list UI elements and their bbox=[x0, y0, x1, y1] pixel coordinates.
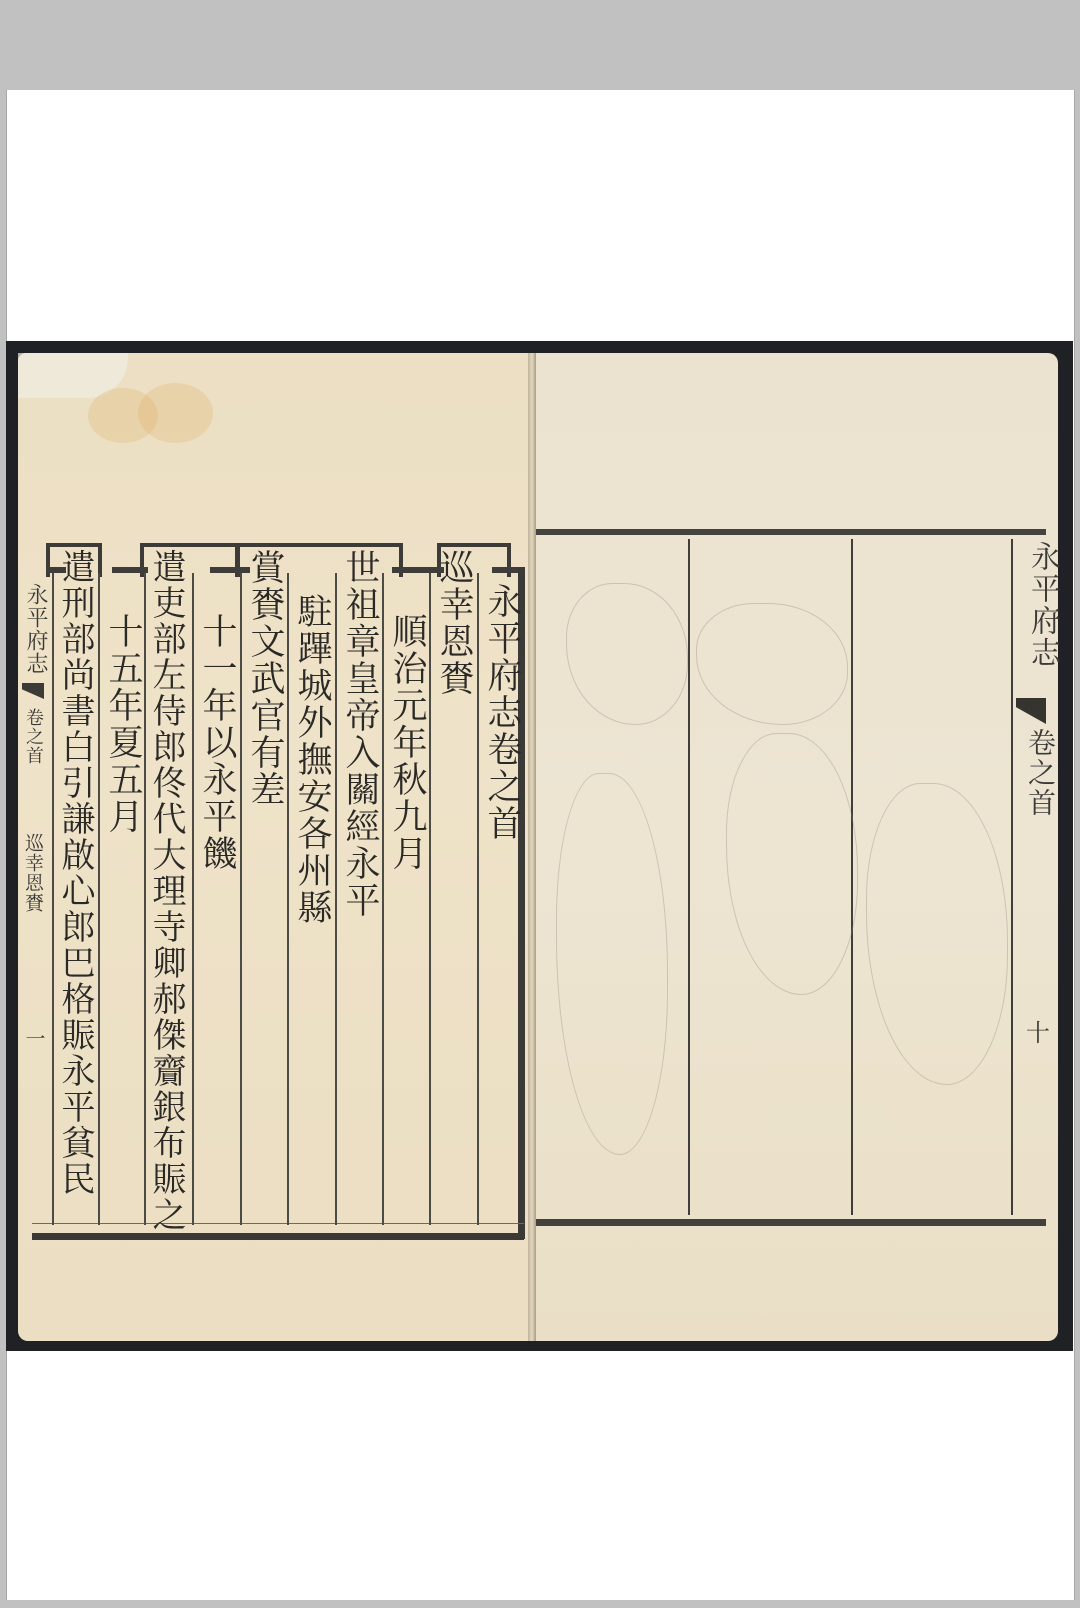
frame-top-rule bbox=[536, 529, 1046, 535]
bleed-through-map bbox=[566, 583, 688, 725]
text-column: 遣吏部左侍郎佟代大理寺卿郝傑齎銀布賑之 bbox=[147, 549, 185, 1233]
fishtail-mark bbox=[1016, 698, 1046, 724]
text-column: 順治元年秋九月 bbox=[385, 613, 429, 872]
frame-bottom-rule bbox=[32, 1233, 524, 1240]
text-column: 駐蹕城外撫安各州縣 bbox=[290, 593, 334, 926]
text-column: 遣刑部尚書白引謙啟心郎巴格賑永平貧民 bbox=[54, 549, 95, 1197]
margin-section: 巡幸恩賚 bbox=[20, 833, 47, 913]
margin-book-title: 永平府志 bbox=[20, 583, 51, 675]
water-stain bbox=[138, 383, 213, 443]
margin-folio: 十 bbox=[1026, 1013, 1050, 1048]
fishtail-mark bbox=[22, 683, 44, 699]
margin-volume: 卷之首 bbox=[20, 708, 46, 765]
left-page: 永平府志卷之首 巡幸恩賚 順治元年秋九月 世祖章皇帝入關經永平 駐蹕城外撫安各州… bbox=[18, 353, 530, 1341]
text-column: 十一年以永平饑 bbox=[195, 613, 239, 872]
right-page: 永平府志 卷之首 十 bbox=[536, 353, 1058, 1341]
margin-volume: 卷之首 bbox=[1020, 728, 1060, 818]
margin-folio: 一 bbox=[20, 1028, 49, 1049]
text-column: 世祖章皇帝入關經永平 bbox=[338, 549, 382, 919]
book-scan: 永平府志卷之首 巡幸恩賚 順治元年秋九月 世祖章皇帝入關經永平 駐蹕城外撫安各州… bbox=[6, 341, 1073, 1351]
text-column: 賞賚文武官有差 bbox=[243, 549, 287, 808]
print-block-left: 永平府志卷之首 巡幸恩賚 順治元年秋九月 世祖章皇帝入關經永平 駐蹕城外撫安各州… bbox=[32, 543, 532, 1243]
margin-book-title: 永平府志 bbox=[1020, 541, 1064, 669]
frame-bottom-rule bbox=[536, 1219, 1046, 1226]
text-column: 十五年夏五月 bbox=[101, 613, 145, 835]
section-heading: 巡幸恩賚 bbox=[432, 549, 476, 697]
volume-title: 永平府志卷之首 bbox=[480, 583, 524, 842]
page-margin-strip: 永平府志 卷之首 巡幸恩賚 一 bbox=[18, 573, 48, 1225]
book-gutter bbox=[528, 353, 536, 1341]
